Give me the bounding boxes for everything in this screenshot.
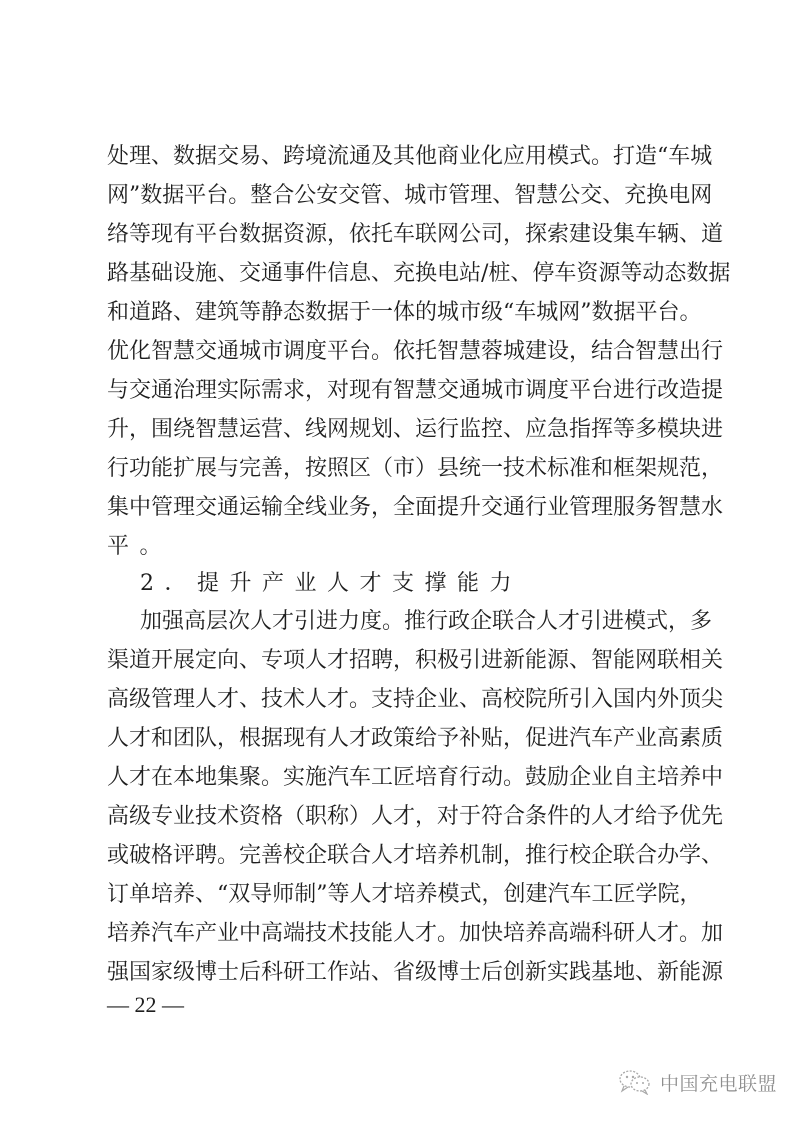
text-line: 优化智慧交通城市调度平台。依托智慧蓉城建设，结合智慧出行: [107, 337, 698, 367]
page-number: — 22 —: [107, 990, 184, 1020]
text-line: 和道路、建筑等静态数据于一体的城市级“车城网”数据平台。: [107, 298, 698, 328]
text-line: 或破格评聘。完善校企联合人才培养机制，推行校企联合办学、: [107, 841, 698, 871]
document-page: 处理、数据交易、跨境流通及其他商业化应用模式。打造“车城 网”数据平台。整合公安…: [0, 0, 793, 1122]
text-line: 集中管理交通运输全线业务，全面提升交通行业管理服务智慧水: [107, 493, 698, 523]
text-line: 高级管理人才、技术人才。支持企业、高校院所引入国内外顶尖: [107, 685, 698, 715]
text-line: 人才和团队，根据现有人才政策给予补贴，促进汽车产业高素质: [107, 724, 698, 754]
text-line: 升，围绕智慧运营、线网规划、运行监控、应急指挥等多模块进: [107, 415, 698, 445]
watermark: 中国充电联盟: [618, 1069, 777, 1095]
text-line: 处理、数据交易、跨境流通及其他商业化应用模式。打造“车城: [107, 142, 698, 172]
text-line: 渠道开展定向、专项人才招聘，积极引进新能源、智能网联相关: [107, 646, 698, 676]
text-line: 行功能扩展与完善，按照区（市）县统一技术标准和框架规范，: [107, 454, 698, 484]
text-line: 人才在本地集聚。实施汽车工匠培育行动。鼓励企业自主培养中: [107, 763, 698, 793]
text-line: 加强高层次人才引进力度。推行政企联合人才引进模式，多: [140, 607, 698, 637]
text-line: 与交通治理实际需求，对现有智慧交通城市调度平台进行改造提: [107, 376, 698, 406]
text-line: 培养汽车产业中高端技术技能人才。加快培养高端科研人才。加: [107, 919, 698, 949]
text-line: 订单培养、“双导师制”等人才培养模式，创建汽车工匠学院，: [107, 880, 698, 910]
text-line: 路基础设施、交通事件信息、充换电站/桩、停车资源等动态数据: [107, 259, 698, 289]
watermark-text: 中国充电联盟: [660, 1069, 777, 1096]
text-line: 高级专业技术资格（职称）人才，对于符合条件的人才给予优先: [107, 802, 698, 832]
wechat-icon: [618, 1069, 652, 1095]
text-line: 平。: [107, 532, 698, 562]
text-line: 强国家级博士后科研工作站、省级博士后创新实践基地、新能源: [107, 958, 698, 988]
text-line: 网”数据平台。整合公安交管、城市管理、智慧公交、充换电网: [107, 181, 698, 211]
section-heading: 2．提升产业人才支撑能力: [140, 569, 522, 599]
text-line: 络等现有平台数据资源，依托车联网公司，探索建设集车辆、道: [107, 220, 698, 250]
